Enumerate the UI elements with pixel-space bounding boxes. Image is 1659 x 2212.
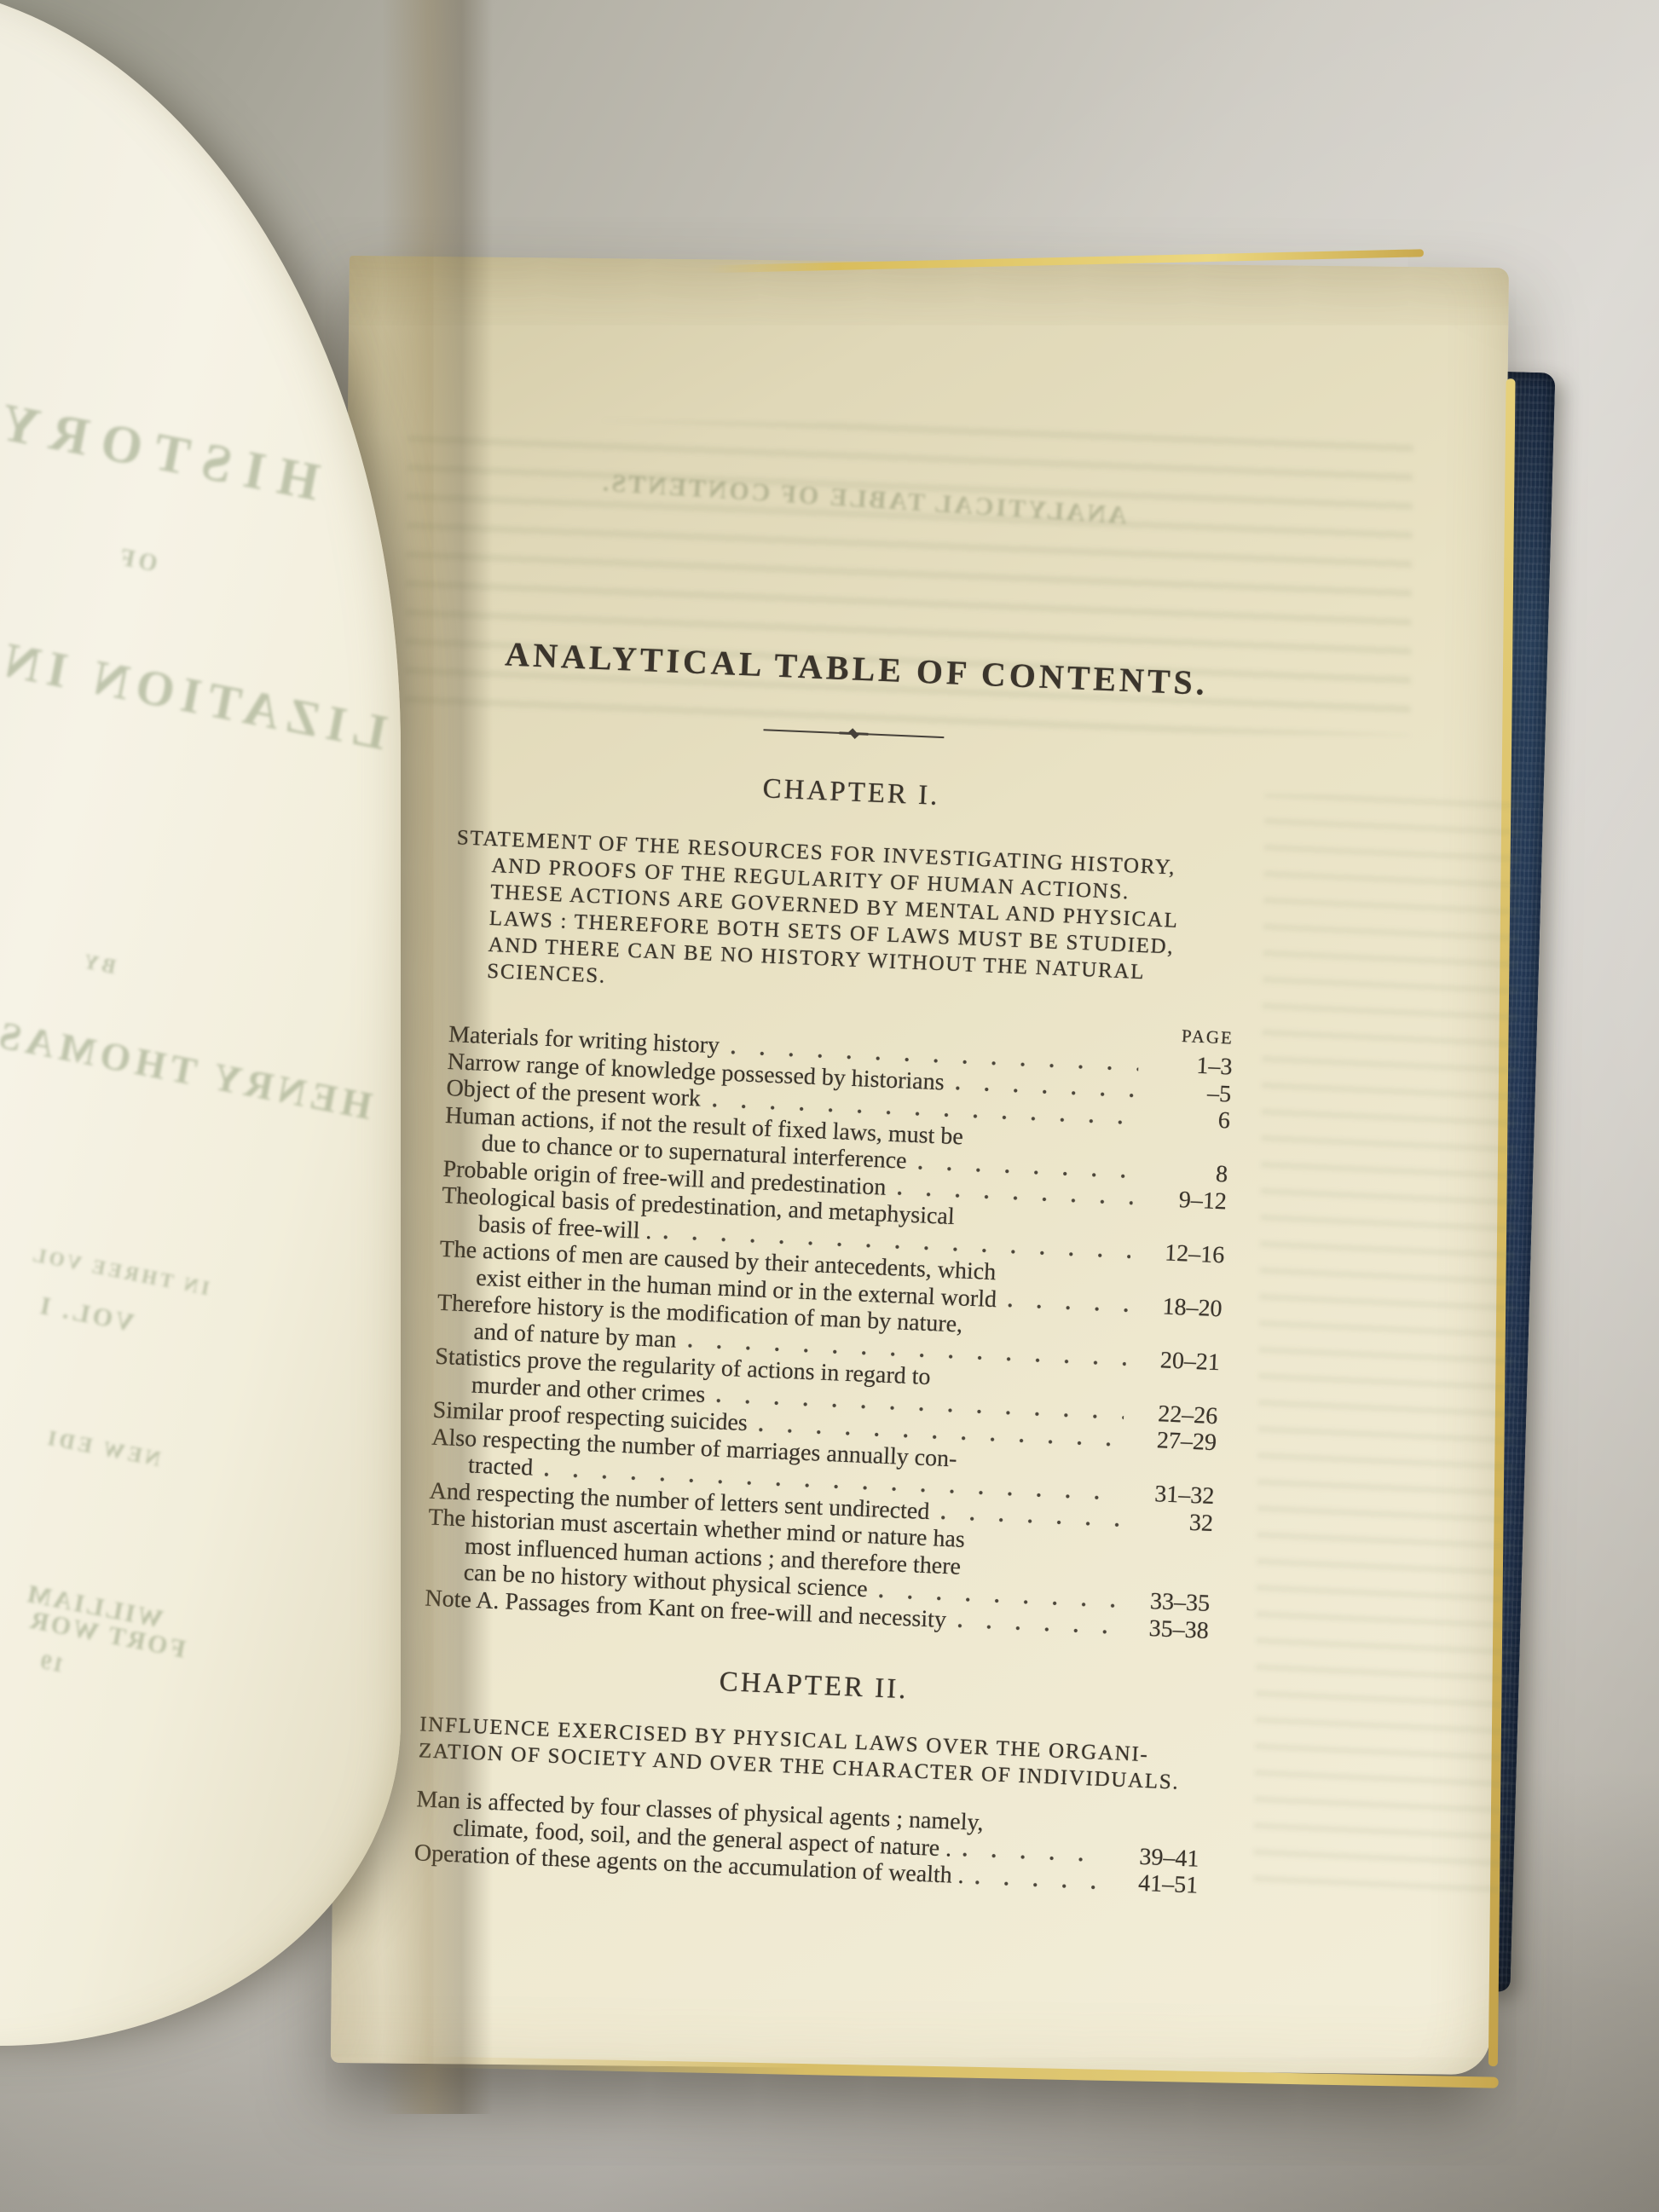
dot-leader: [957, 1622, 1114, 1637]
ghost-text: VOL. I: [34, 1291, 136, 1337]
show-through-haze: [1253, 794, 1521, 1904]
ghost-text: HENRY THOMAS: [0, 1011, 376, 1129]
page-title: ANALYTICAL TABLE OF CONTENTS.: [464, 257, 1265, 705]
chapter2-entries: Man is affected by four classes of physi…: [413, 1786, 1200, 1899]
gilt-top-edge: [708, 249, 1424, 273]
chapter2-heading: CHAPTER II.: [421, 1654, 1206, 1718]
chapter1-heading: CHAPTER I.: [459, 760, 1244, 824]
entry-pages: 18–20: [1133, 1291, 1223, 1322]
entry-pages: 6: [1141, 1104, 1230, 1135]
ghost-text: NEW EDI: [43, 1426, 163, 1472]
dot-leader: [1008, 1302, 1128, 1314]
right-page: ANALYTICAL TABLE OF CONTENTS. ANALYTICAL…: [331, 256, 1509, 2075]
ghost-text: LIZATION IN: [0, 630, 391, 761]
ghost-text: 19: [37, 1649, 66, 1678]
entry-pages: –5: [1142, 1077, 1232, 1108]
dot-leader: [963, 1851, 1106, 1864]
chapter2-section: CHAPTER II. INFLUENCE EXERCISED BY PHYSI…: [413, 1654, 1206, 1899]
ghost-text: BY: [78, 950, 118, 979]
entry-pages: 9–12: [1137, 1185, 1227, 1216]
dot-leader: [975, 1878, 1104, 1891]
entry-pages: 12–16: [1136, 1239, 1225, 1269]
chapter1-summary: STATEMENT OF THE RESOURCES FOR INVESTIGA…: [451, 824, 1241, 1015]
chapter2-summary: INFLUENCE EXERCISED BY PHYSICAL LAWS OVE…: [418, 1711, 1204, 1796]
toc-page-content: ANALYTICAL TABLE OF CONTENTS. ANALYTICAL…: [406, 257, 1265, 2096]
book-photo-scene: ANALYTICAL TABLE OF CONTENTS. ANALYTICAL…: [0, 0, 1659, 2212]
ghost-text: IN THREE VOL: [27, 1244, 211, 1300]
entry-pages: 39–41: [1110, 1842, 1199, 1873]
entry-pages: 32: [1124, 1506, 1213, 1537]
entry-pages: 31–32: [1125, 1480, 1215, 1510]
entry-pages: 22–26: [1129, 1399, 1218, 1429]
ghost-text: HISTORY: [0, 390, 324, 513]
entry-pages: 33–35: [1120, 1587, 1210, 1618]
entry-pages: 1–3: [1143, 1050, 1233, 1081]
entry-pages: 41–51: [1109, 1868, 1199, 1899]
entry-pages: 8: [1139, 1158, 1228, 1188]
ghost-text: OF: [113, 544, 159, 579]
divider-ornament-icon: [763, 729, 944, 738]
entry-pages: 20–21: [1130, 1345, 1220, 1376]
entry-pages: 27–29: [1127, 1426, 1217, 1457]
entry-pages: 35–38: [1119, 1614, 1209, 1644]
chapter1-entries: Materials for writing history1–3 Narrow …: [425, 1021, 1233, 1644]
left-page: HISTORY OF LIZATION IN BY HENRY THOMAS I…: [0, 0, 401, 2046]
